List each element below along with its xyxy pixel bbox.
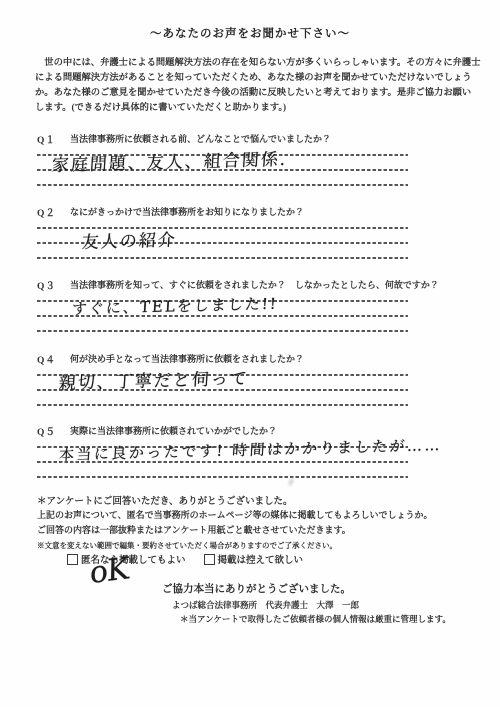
question-number: Q５ [37,424,70,438]
question-block-q3: Q３ 当法律事務所を知って、すぐに依頼をされましたか？ しなかったとしたら、何故… [37,278,408,332]
intro-line: 世の中には、弁護士による問題解決方法の存在を知らない方が多くいらっしゃいます。そ… [35,56,467,71]
refuse-publication-label: 掲載は控えて欲しい [218,552,304,566]
question-number: Q４ [37,352,70,366]
question-row: Q１ 当法律事務所に依頼される前、どんなことで悩んでいましたか？ [37,132,408,145]
question-text: 当法律事務所に依頼される前、どんなことで悩んでいましたか？ [70,132,331,145]
answer-ruled-line [37,257,408,259]
intro-line: による問題解決方法があることを知っていただくため、あなた様のお声を聞かせていただ… [35,71,467,86]
checkbox-icon [204,554,215,565]
handwritten-answer: 友人の紹介 [81,225,177,253]
footer-thanks-line: ＊アンケートにご回答いただき、ありがとうございました。 [37,493,293,507]
closing-thanks: ご協力本当にありがとうございました。 [162,581,351,596]
page-title: ～あなたのお声をお聞かせ下さい～ [0,25,500,41]
answer-ruled-line [37,476,408,478]
question-block-q5: Q５ 実際に当法律事務所に依頼されていかがでしたか？ 本当に良かったです! 時間… [37,424,408,478]
intro-paragraph: 世の中には、弁護士による問題解決方法の存在を知らない方が多くいらっしゃいます。そ… [35,56,467,116]
question-row: Q５ 実際に当法律事務所に依頼されていかがでしたか？ [37,424,408,437]
question-number: Q３ [37,278,70,292]
refuse-publication-checkbox[interactable]: 掲載は控えて欲しい [204,552,304,566]
handwritten-answer: 家庭問題、友人、組合関係. [51,145,288,176]
question-block-q1: Q１ 当法律事務所に依頼される前、どんなことで悩んでいましたか？ 家庭問題、友人… [37,132,408,186]
answer-ruled-line [37,404,408,406]
question-text: なにがきっかけで当法律事務所をお知りになりましたか？ [70,205,304,218]
question-block-q4: Q４ 何が決め手となって当法律事務所に依頼をされましたか？ 親切、丁寧だと伺って [37,352,408,406]
intro-line: します。(できるだけ具体的に書いていただくと助かります。) [35,101,467,116]
question-text: 実際に当法律事務所に依頼されていかがでしたか？ [70,424,277,437]
question-number: Q１ [37,132,70,146]
answer-ruled-line [37,330,408,332]
question-block-q2: Q２ なにがきっかけで当法律事務所をお知りになりましたか？ 友人の紹介 [37,205,408,259]
question-row: Q２ なにがきっかけで当法律事務所をお知りになりましたか？ [37,205,408,218]
footer-permission-line-2: ご回答の内容は一部抜粋またはアンケート用紙ごと載せさせていただきます。 [37,523,351,536]
footer-edit-note: ※文意を変えない範囲で編集・要約させていただく場合がありますのでご了承ください。 [37,540,337,551]
question-text: 何が決め手となって当法律事務所に依頼をされましたか？ [70,352,304,365]
question-number: Q２ [37,205,70,219]
question-row: Q４ 何が決め手となって当法律事務所に依頼をされましたか？ [37,352,408,365]
checkbox-icon [67,554,78,565]
answer-ruled-line [37,184,408,186]
footer-permission-line-1: 上記のお声について、匿名で当事務所のホームページ等の媒体に掲載してもよろしいでし… [37,508,432,521]
scanned-questionnaire-page: ～あなたのお声をお聞かせ下さい～ 世の中には、弁護士による問題解決方法の存在を知… [0,0,500,707]
question-row: Q３ 当法律事務所を知って、すぐに依頼をされましたか？ しなかったとしたら、何故… [37,278,408,291]
handwritten-answer: 親切、丁寧だと伺って [58,364,249,394]
intro-line: か。あなた様のご意見を聞かせていただき今後の活動に反映したいと考えております。是… [35,86,467,101]
law-office-signature: よつば総合法律事務所 代表弁護士 大澤 一郎 [172,599,359,611]
handwritten-ok-mark: oK [90,551,129,591]
question-text: 当法律事務所を知って、すぐに依頼をされましたか？ しなかったとしたら、何故ですか… [70,278,439,291]
privacy-note: ＊当アンケートで取得したご依頼者様の個人情報は厳重に管理します。 [180,613,451,625]
